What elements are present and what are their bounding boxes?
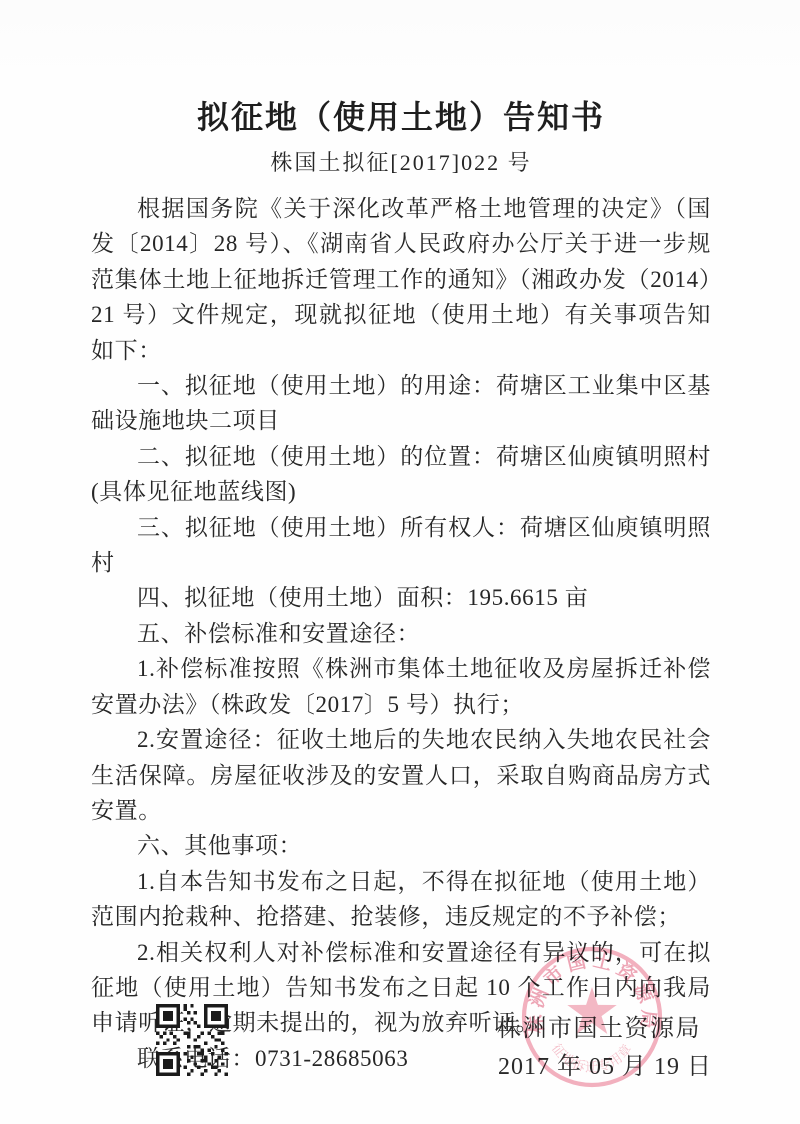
paragraph-item-4-area: 四、拟征地（使用土地）面积：195.6615 亩 xyxy=(91,580,711,615)
paragraph-item-1-purpose: 一、拟征地（使用土地）的用途：荷塘区工业集中区基础设施地块二项目 xyxy=(91,368,711,439)
document-number: 株国土拟征[2017]022 号 xyxy=(91,146,711,177)
document-body: 根据国务院《关于深化改革严格土地管理的决定》（国发〔2014〕28 号）、《湖南… xyxy=(91,191,711,1076)
signature-date: 2017 年 05 月 19 日 xyxy=(498,1046,712,1081)
qr-code-icon xyxy=(156,1004,228,1076)
paragraph-item-6-other: 六、其他事项： xyxy=(91,828,711,863)
signature-issuer: 株洲市国土资源局 xyxy=(497,1008,701,1043)
paragraph-item-3-owner: 三、拟征地（使用土地）所有权人：荷塘区仙庾镇明照村 xyxy=(91,510,711,581)
paragraph-item-2-location: 二、拟征地（使用土地）的位置：荷塘区仙庾镇明照村(具体见征地蓝线图) xyxy=(91,439,711,510)
paragraph-compensation-standard: 1.补偿标准按照《株洲市集体土地征收及房屋拆迁补偿安置办法》（株政发〔2017〕… xyxy=(91,651,711,722)
document-title: 拟征地（使用土地）告知书 xyxy=(91,92,711,138)
paragraph-item-5-compensation: 五、补偿标准和安置途径： xyxy=(91,616,711,651)
paragraph-other-1: 1.自本告知书发布之日起，不得在拟征地（使用土地）范围内抢栽种、抢搭建、抢装修，… xyxy=(91,864,711,935)
document-content: 拟征地（使用土地）告知书 株国土拟征[2017]022 号 根据国务院《关于深化… xyxy=(91,92,711,1076)
scanned-document-page: 拟征地（使用土地）告知书 株国土拟征[2017]022 号 根据国务院《关于深化… xyxy=(0,0,800,1124)
paragraph-basis: 根据国务院《关于深化改革严格土地管理的决定》（国发〔2014〕28 号）、《湖南… xyxy=(91,191,711,368)
paragraph-resettlement: 2.安置途径：征收土地后的失地农民纳入失地农民社会生活保障。房屋征收涉及的安置人… xyxy=(91,722,711,828)
